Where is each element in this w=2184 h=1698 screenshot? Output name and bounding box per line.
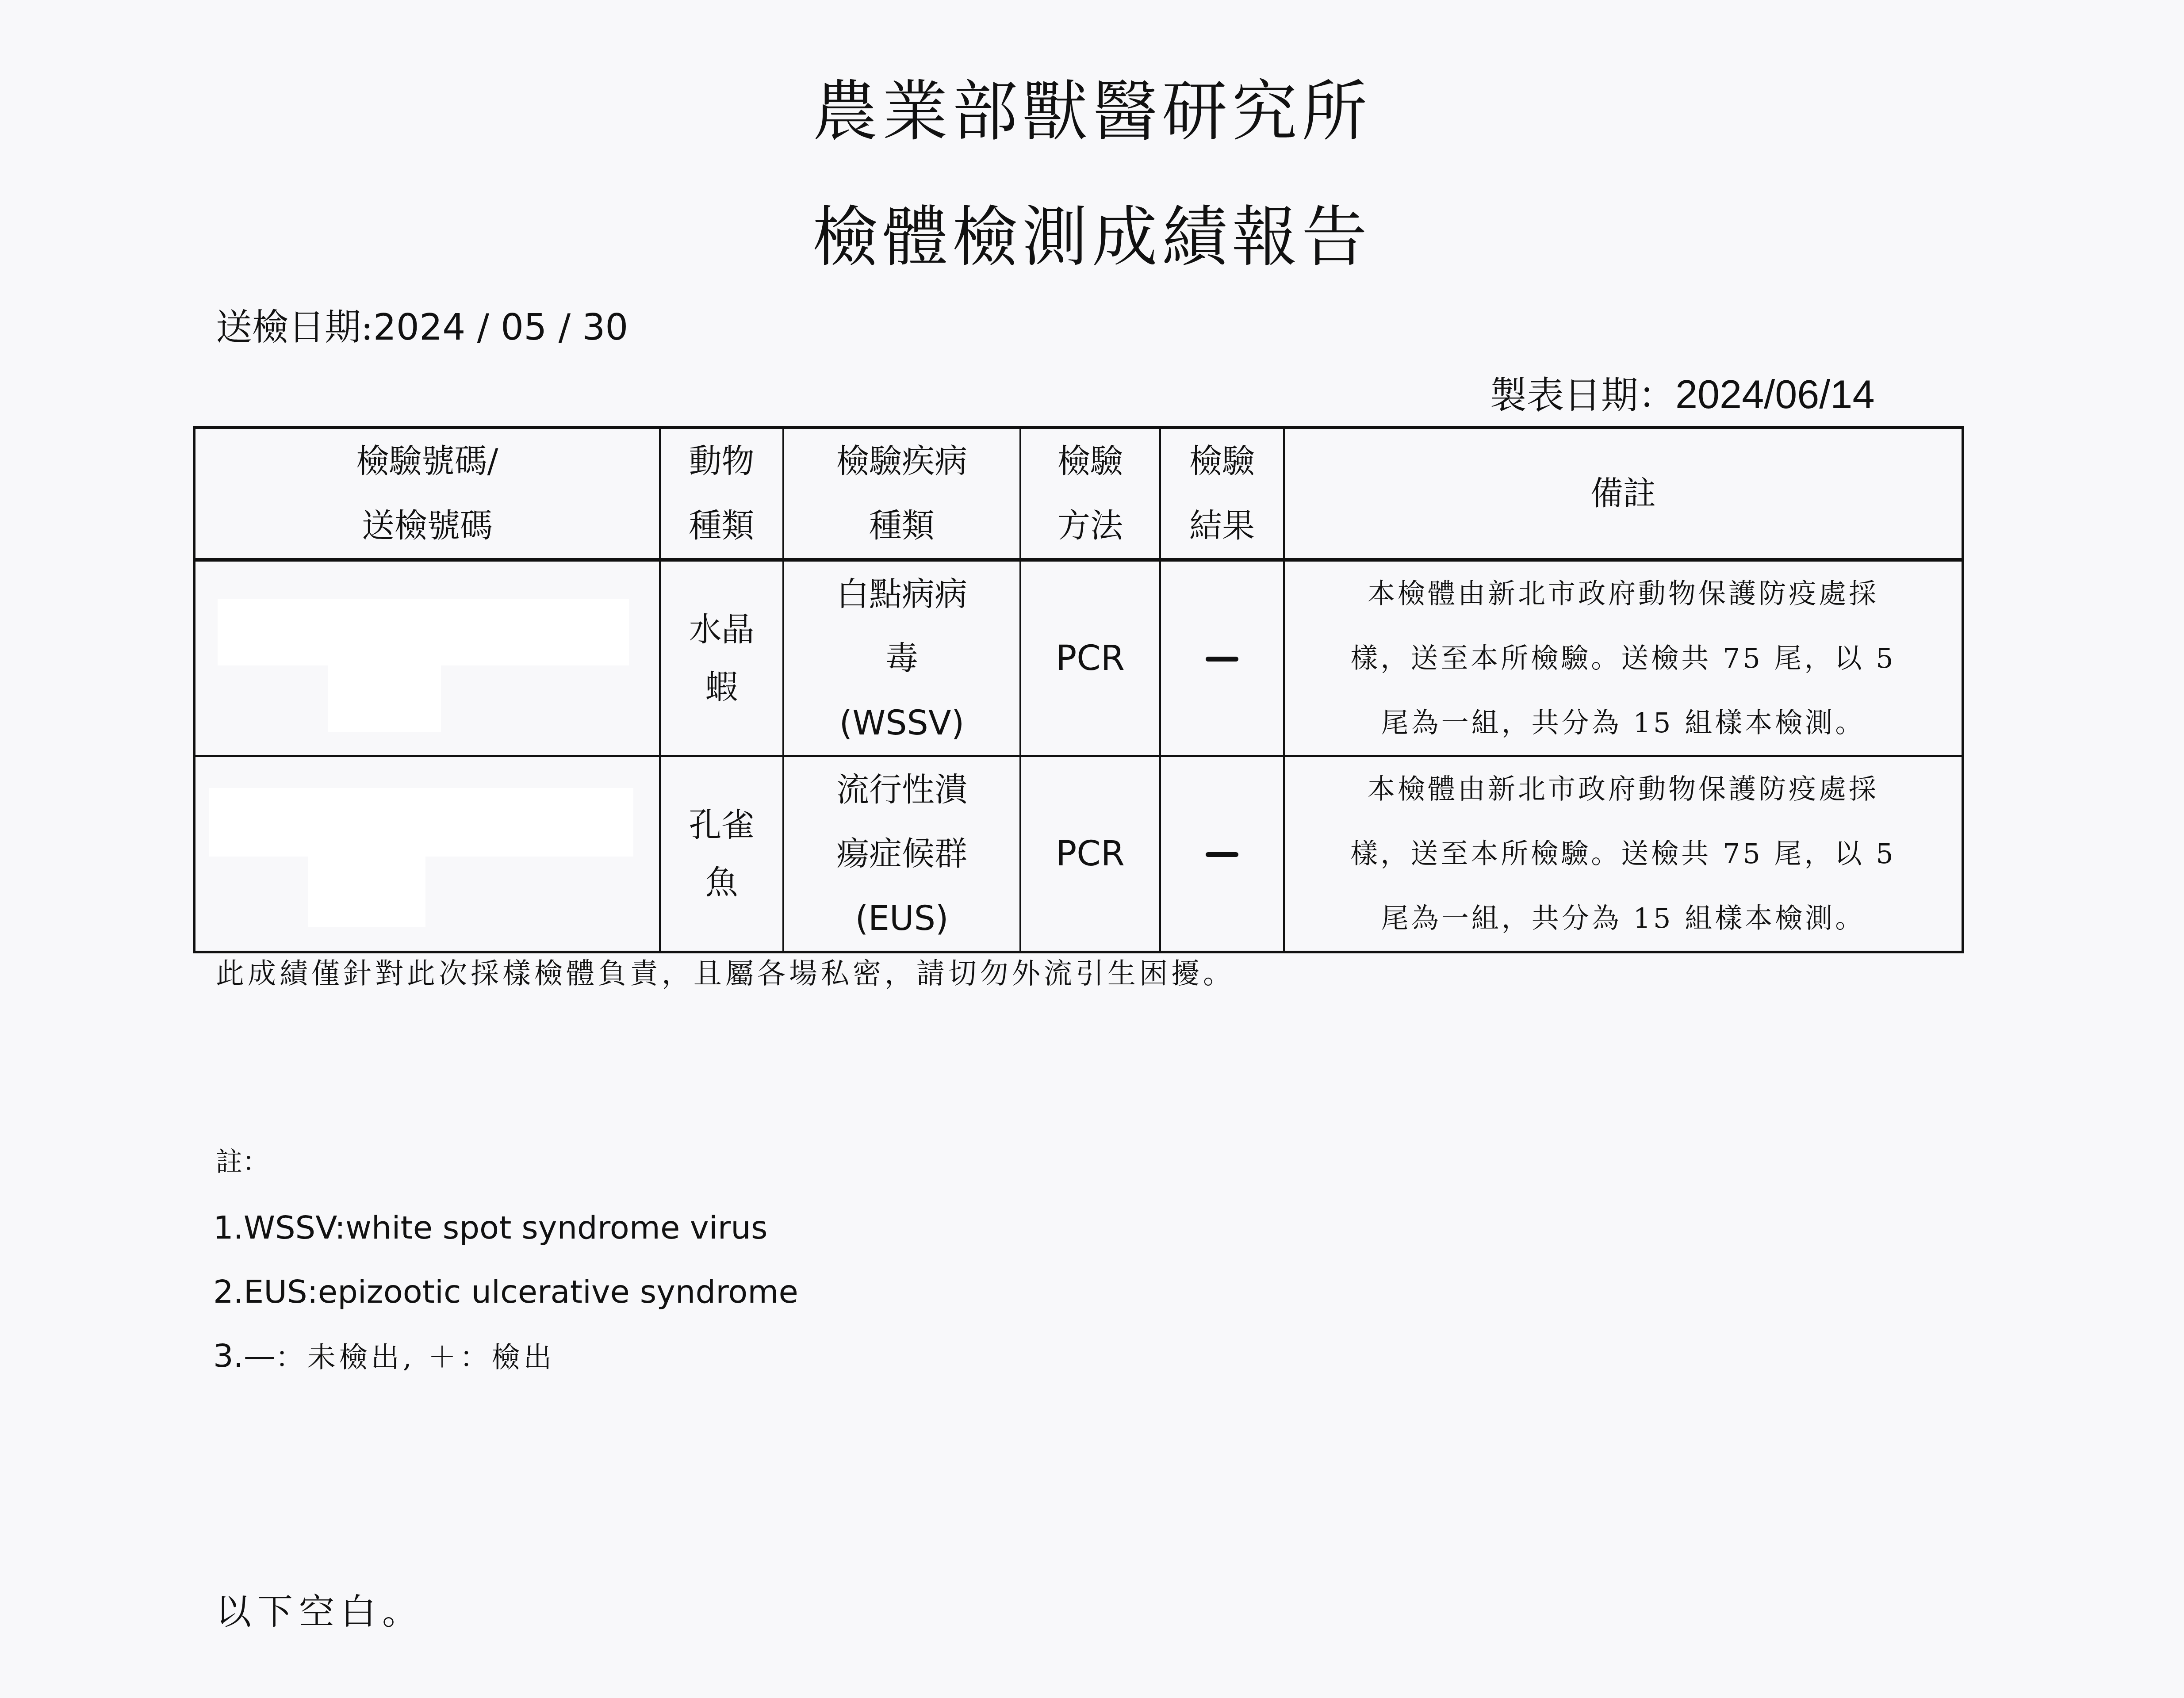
redaction-block [218, 599, 629, 665]
made-date: 製表日期：2024/06/14 [1490, 375, 1874, 415]
note-eus: 2.EUS:epizootic ulcerative syndrome [213, 1276, 798, 1308]
disease-cell: 流行性潰瘍症候群(EUS) [783, 756, 1020, 952]
result-cell [1160, 756, 1284, 952]
redaction-block [209, 788, 633, 857]
col-header-sample-id: 檢驗號碼/送檢號碼 [194, 428, 660, 560]
note-legend: 3.—：未檢出, ＋：檢出 [213, 1340, 555, 1372]
method-cell: PCR [1020, 756, 1160, 952]
table-row: 孔雀魚 流行性潰瘍症候群(EUS) PCR 本檢體由新北市政府動物保護防疫處採樣… [194, 756, 1963, 952]
col-header-disease: 檢驗疾病種類 [783, 428, 1020, 560]
negative-dash-icon [1206, 852, 1238, 857]
submit-date-label: 送檢日期: [216, 306, 373, 348]
negative-dash-icon [1206, 657, 1238, 662]
sample-id-cell [194, 560, 660, 756]
col-header-remark: 備註 [1284, 428, 1963, 560]
confidentiality-disclaimer: 此成績僅針對此次採樣檢體負責，且屬各場私密，請切勿外流引生困擾。 [216, 960, 1235, 988]
submit-date: 送檢日期:2024 / 05 / 30 [216, 310, 628, 346]
redaction-block [308, 854, 425, 927]
col-header-animal: 動物種類 [660, 428, 783, 560]
results-table: 檢驗號碼/送檢號碼 動物種類 檢驗疾病種類 檢驗方法 檢驗結果 備註 水晶蝦 白… [193, 426, 1964, 953]
table-header-row: 檢驗號碼/送檢號碼 動物種類 檢驗疾病種類 檢驗方法 檢驗結果 備註 [194, 428, 1963, 560]
method-cell: PCR [1020, 560, 1160, 756]
institution-title: 農業部獸醫研究所 [0, 79, 2184, 144]
made-date-label: 製表日期： [1490, 374, 1675, 417]
submit-date-value: 2024 / 05 / 30 [373, 306, 628, 348]
note-wssv: 1.WSSV:white spot syndrome virus [213, 1212, 767, 1243]
col-header-method: 檢驗方法 [1020, 428, 1160, 560]
animal-cell: 孔雀魚 [660, 756, 783, 952]
table-row: 水晶蝦 白點病病毒(WSSV) PCR 本檢體由新北市政府動物保護防疫處採樣，送… [194, 560, 1963, 756]
sample-id-cell [194, 756, 660, 952]
remark-cell: 本檢體由新北市政府動物保護防疫處採樣，送至本所檢驗。送檢共 75 尾，以 5尾為… [1284, 560, 1963, 756]
redaction-block [328, 661, 441, 732]
remark-cell: 本檢體由新北市政府動物保護防疫處採樣，送至本所檢驗。送檢共 75 尾，以 5尾為… [1284, 756, 1963, 952]
result-cell [1160, 560, 1284, 756]
disease-cell: 白點病病毒(WSSV) [783, 560, 1020, 756]
blank-below-notice: 以下空白。 [216, 1594, 424, 1629]
notes-label: 註： [216, 1149, 269, 1175]
animal-cell: 水晶蝦 [660, 560, 783, 756]
report-title: 檢體檢測成績報告 [0, 204, 2184, 270]
made-date-value: 2024/06/14 [1675, 373, 1874, 417]
col-header-result: 檢驗結果 [1160, 428, 1284, 560]
